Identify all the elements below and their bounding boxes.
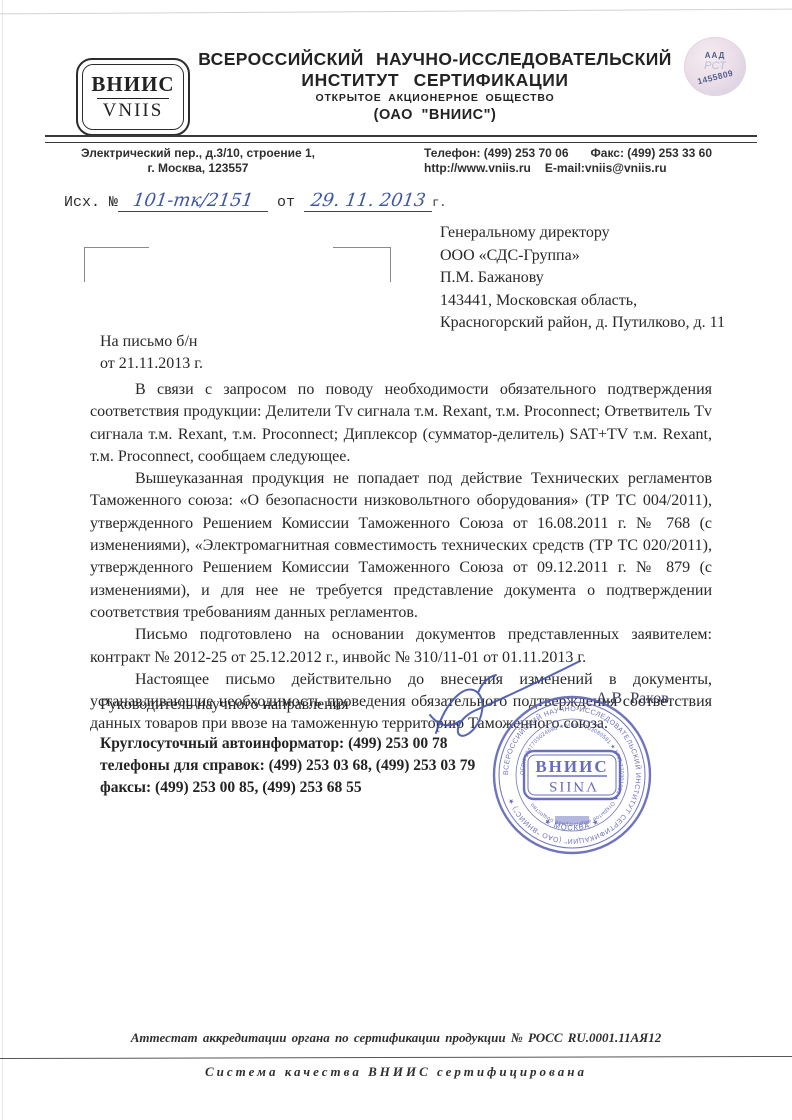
body-paragraph-2: Вышеуказанная продукция не попадает под … xyxy=(90,468,712,624)
outgoing-number-underline: 101-тк/2151 xyxy=(118,190,268,212)
org-name-line2: ИНСТИТУТ СЕРТИФИКАЦИИ xyxy=(195,70,675,91)
handwritten-signature xyxy=(428,653,598,763)
logo-latin-label: VNIIS xyxy=(103,101,164,120)
logo-cyrillic-label: ВНИИС xyxy=(91,74,174,95)
scanned-letter-page: ВНИИС VNIIS ВСЕРОССИЙСКИЙ НАУЧНО-ИССЛЕДО… xyxy=(0,0,792,1120)
recipient-block: Генеральному директору ООО «СДС-Группа» … xyxy=(440,222,770,335)
address-zone-corner-right xyxy=(333,247,391,282)
org-name-line1: ВСЕРОССИЙСКИЙ НАУЧНО-ИССЛЕДОВАТЕЛЬСКИЙ xyxy=(195,49,675,70)
reference-block: На письмо б/н от 21.11.2013 г. xyxy=(100,331,203,375)
org-email: E-mail:vniis@vniis.ru xyxy=(545,161,667,175)
recipient-line: 143441, Московская область, xyxy=(440,290,770,313)
letter-body: В связи с запросом по поводу необходимос… xyxy=(90,379,712,736)
outgoing-date-underline: 29. 11. 2013 xyxy=(304,190,432,212)
org-address-line1: Электрический пер., д.3/10, строение 1, xyxy=(58,146,338,161)
scan-artifact-edge xyxy=(2,0,3,1120)
outgoing-ot-label: от xyxy=(277,194,295,211)
stamp-center-latin: VNIIS xyxy=(547,778,597,794)
recipient-line: Генеральному директору xyxy=(440,222,770,245)
sticker-series: ААД xyxy=(705,52,726,60)
reference-line2: от 21.11.2013 г. xyxy=(100,353,203,375)
faxes-line: факсы: (499) 253 00 85, (499) 253 68 55 xyxy=(100,777,475,799)
vniis-logo-inner: ВНИИС VNIIS xyxy=(82,64,184,130)
outgoing-number-line: Исх. №101-тк/2151 от 29. 11. 2013г. xyxy=(64,190,446,212)
recipient-line: ООО «СДС-Группа» xyxy=(440,245,770,268)
org-phone: Телефон: (499) 253 70 06 xyxy=(424,146,569,160)
org-website: http://www.vniis.ru xyxy=(424,161,531,175)
footer-rule xyxy=(0,1056,792,1059)
sticker-number: 1455809 xyxy=(696,68,734,85)
reference-line1: На письмо б/н xyxy=(100,331,203,353)
org-phone-fax-line: Телефон: (499) 253 70 06Факс: (499) 253 … xyxy=(424,146,764,161)
accreditation-line: Аттестат аккредитации органа по сертифик… xyxy=(0,1030,792,1046)
outgoing-date-handwritten: 29. 11. 2013 xyxy=(309,190,426,211)
scan-artifact-line xyxy=(0,9,792,15)
org-postal-address: Электрический пер., д.3/10, строение 1, … xyxy=(58,146,338,176)
org-fax: Факс: (499) 253 33 60 xyxy=(591,146,713,160)
signatory-position: Руководитель научного направления xyxy=(100,696,349,714)
vniis-logo: ВНИИС VNIIS xyxy=(76,58,190,136)
header-double-rule xyxy=(45,135,757,143)
info-phone-block: Круглосуточный автоинформатор: (499) 253… xyxy=(100,733,475,799)
logo-divider xyxy=(97,98,169,99)
signatory-name: А.В. Раков xyxy=(596,690,669,708)
body-paragraph-1: В связи с запросом по поводу необходимос… xyxy=(90,379,712,468)
outgoing-prefix: Исх. № xyxy=(64,194,118,211)
reference-phones-line: телефоны для справок: (499) 253 03 68, (… xyxy=(100,755,475,777)
autoinformer-line: Круглосуточный автоинформатор: (499) 253… xyxy=(100,733,475,755)
address-zone-corner-left xyxy=(84,247,149,282)
org-contact-info: Телефон: (499) 253 70 06Факс: (499) 253 … xyxy=(424,146,764,176)
holographic-sticker: ААД РСТ 1455809 xyxy=(684,37,746,96)
letterhead-title: ВСЕРОССИЙСКИЙ НАУЧНО-ИССЛЕДОВАТЕЛЬСКИЙ И… xyxy=(195,49,675,124)
org-address-line2: г. Москва, 123557 xyxy=(58,161,338,176)
org-type-line: ОТКРЫТОЕ АКЦИОНЕРНОЕ ОБЩЕСТВО xyxy=(195,92,675,105)
org-short-name: (ОАО "ВНИИС") xyxy=(195,107,675,124)
recipient-line: Красногорский район, д. Путилково, д. 11 xyxy=(440,312,770,335)
outgoing-number-handwritten: 101-тк/2151 xyxy=(131,190,254,211)
org-web-email-line: http://www.vniis.ruE-mail:vniis@vniis.ru xyxy=(424,161,764,176)
quality-system-line: Система качества ВНИИС сертифицирована xyxy=(0,1064,792,1080)
recipient-line: П.М. Бажанову xyxy=(440,267,770,290)
body-paragraph-3: Письмо подготовлено на основании докумен… xyxy=(90,624,712,669)
outgoing-suffix: г. xyxy=(432,196,446,210)
